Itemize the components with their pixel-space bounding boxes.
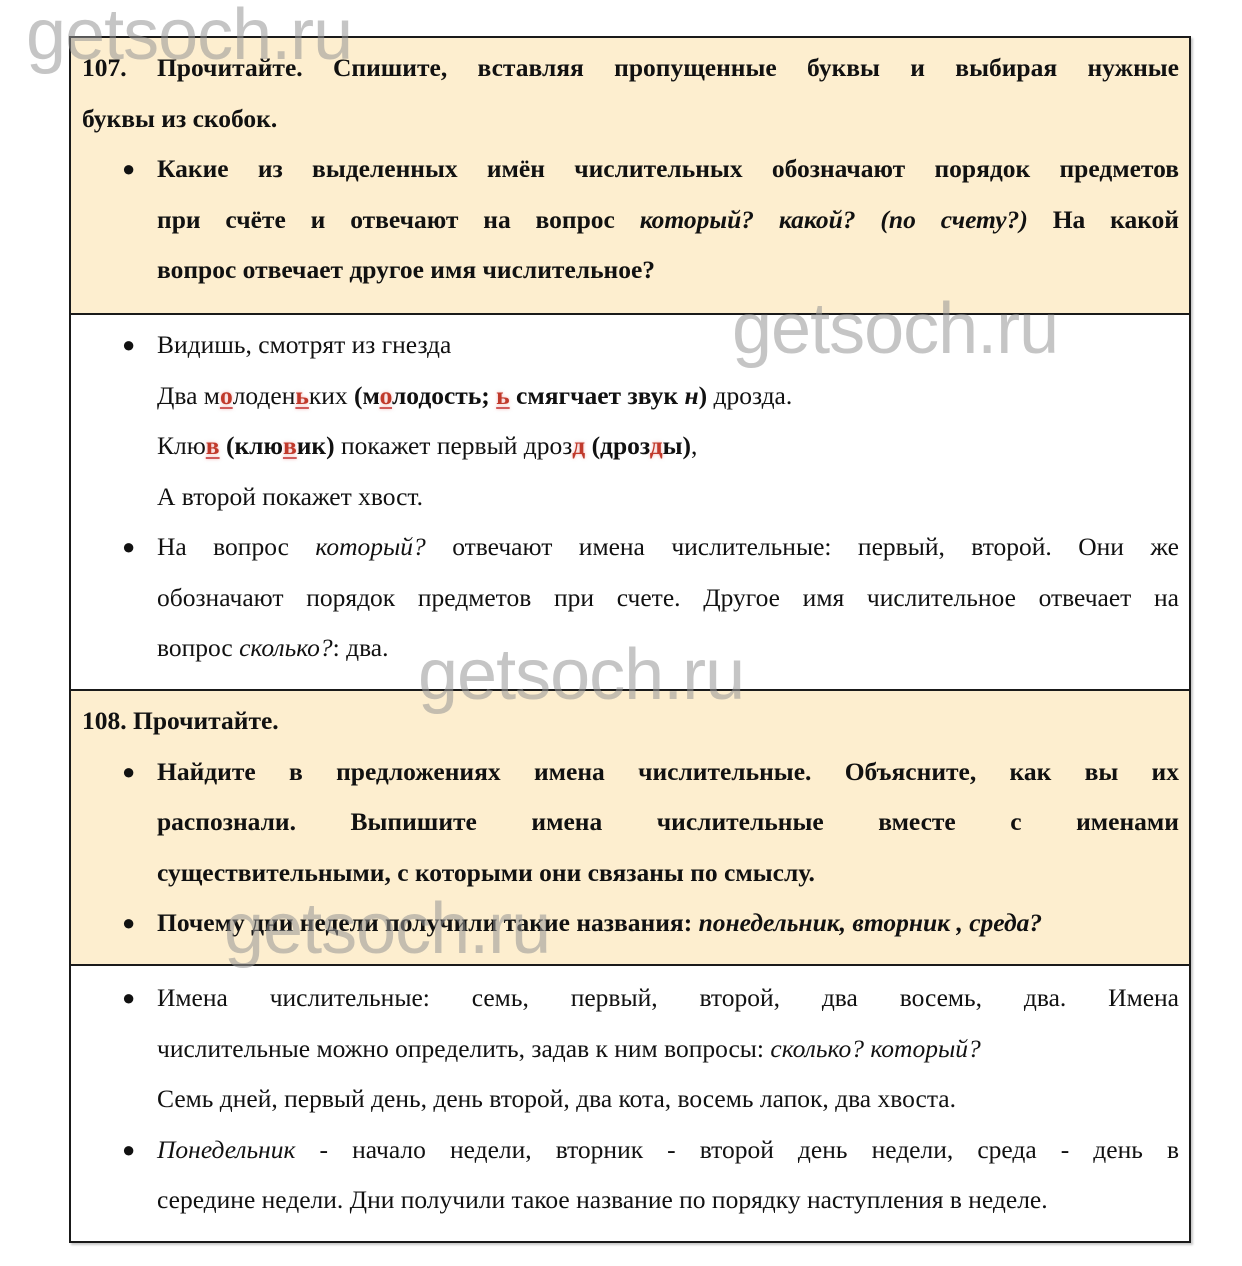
text-span: (дроз bbox=[592, 431, 650, 460]
highlight-letter: д bbox=[650, 431, 663, 460]
text-span: лодость; bbox=[392, 381, 496, 410]
answer-text: вопрос сколько?: два. bbox=[157, 623, 1179, 674]
answer-bullet: ● Видишь, смотрят из гнезда Два молодень… bbox=[82, 320, 1179, 522]
text-span: ких bbox=[309, 381, 354, 410]
highlight-letter: д bbox=[572, 431, 585, 460]
text-span: покажет первый дроз bbox=[335, 431, 573, 460]
text-span: , bbox=[691, 431, 697, 460]
question-italic: сколько? bbox=[239, 633, 333, 662]
poem-line: Два молоденьких (молодость; ь смягчает з… bbox=[157, 371, 1179, 422]
question-italic: который? bbox=[315, 532, 425, 561]
task-bullet-text: распознали. Выпишите имена числительные … bbox=[157, 797, 1179, 848]
task-bullet: ● Найдите в предложениях имена числитель… bbox=[82, 747, 1179, 899]
answer-text: Понедельник - начало недели, вторник - в… bbox=[157, 1125, 1179, 1176]
task-bullet-text: Почему дни недели получили такие названи… bbox=[157, 898, 1179, 949]
text-span: : два. bbox=[333, 633, 389, 662]
task-heading: 108. Прочитайте. bbox=[82, 696, 1179, 747]
text-span: смягчает звук bbox=[510, 381, 685, 410]
task-bullet-text: при счёте и отвечают на вопрос который? … bbox=[157, 195, 1179, 246]
exercise-108-answer: ● Имена числительные: семь, первый, втор… bbox=[71, 964, 1189, 1241]
exercise-table: 107. Прочитайте. Спишите, вставляя пропу… bbox=[69, 36, 1191, 1243]
exercise-107-task: 107. Прочитайте. Спишите, вставляя пропу… bbox=[71, 38, 1189, 313]
text-span: На какой bbox=[1028, 205, 1179, 234]
text-span: н bbox=[684, 381, 698, 410]
poem-line: Видишь, смотрят из гнезда bbox=[157, 320, 1179, 371]
text-span: ) bbox=[699, 381, 708, 410]
text-span: ы) bbox=[663, 431, 691, 460]
bullet-icon: ● bbox=[122, 144, 135, 195]
highlight-letter: в bbox=[206, 431, 220, 460]
answer-text: числительные можно определить, задав к н… bbox=[157, 1024, 1179, 1075]
answer-bullet: ● На вопрос который? отвечают имена числ… bbox=[82, 522, 1179, 674]
task-bullet-text: существительными, с которыми они связаны… bbox=[157, 848, 1179, 899]
bullet-icon: ● bbox=[122, 747, 135, 798]
text-span: отвечают имена числительные: первый, вто… bbox=[426, 532, 1179, 561]
question-italic: понедельник, вторник , среда? bbox=[699, 908, 1043, 937]
bullet-icon: ● bbox=[122, 320, 135, 371]
text-span: ик) bbox=[297, 431, 335, 460]
text-span: На вопрос bbox=[157, 532, 315, 561]
answer-bullet: ● Понедельник - начало недели, вторник -… bbox=[82, 1125, 1179, 1226]
task-bullet-text: Найдите в предложениях имена числительны… bbox=[157, 747, 1179, 798]
answer-bullet: ● Имена числительные: семь, первый, втор… bbox=[82, 973, 1179, 1125]
text-span: дрозда. bbox=[707, 381, 792, 410]
answer-text: Семь дней, первый день, день второй, два… bbox=[157, 1074, 1179, 1125]
highlight-letter: о bbox=[380, 381, 392, 410]
question-italic: который? какой? (по счету?) bbox=[640, 205, 1028, 234]
highlight-letter: в bbox=[283, 431, 297, 460]
task-bullet-text: вопрос отвечает другое имя числительное? bbox=[157, 245, 1179, 296]
text-span: Клю bbox=[157, 431, 206, 460]
bullet-icon: ● bbox=[122, 522, 135, 573]
text-span: вопрос bbox=[157, 633, 239, 662]
exercise-107-answer: ● Видишь, смотрят из гнезда Два молодень… bbox=[71, 313, 1189, 689]
text-span: Два м bbox=[157, 381, 220, 410]
bullet-icon: ● bbox=[122, 898, 135, 949]
question-italic: Понедельник bbox=[157, 1135, 295, 1164]
task-heading: 107. Прочитайте. Спишите, вставляя пропу… bbox=[82, 43, 1179, 94]
text-span: - начало недели, вторник - второй день н… bbox=[295, 1135, 1179, 1164]
text-span: числительные можно определить, задав к н… bbox=[157, 1034, 770, 1063]
highlight-letter: ь bbox=[496, 381, 510, 410]
task-bullet-text: Какие из выделенных имён числительных об… bbox=[157, 144, 1179, 195]
task-bullet: ● Какие из выделенных имён числительных … bbox=[82, 144, 1179, 296]
text-span: (клю bbox=[226, 431, 283, 460]
answer-text: середине недели. Дни получили такое назв… bbox=[157, 1175, 1179, 1226]
text-span: лоден bbox=[233, 381, 296, 410]
text-span: Почему дни недели получили такие названи… bbox=[157, 908, 699, 937]
bullet-icon: ● bbox=[122, 973, 135, 1024]
answer-text: На вопрос который? отвечают имена числит… bbox=[157, 522, 1179, 573]
bullet-icon: ● bbox=[122, 1125, 135, 1176]
answer-text: Имена числительные: семь, первый, второй… bbox=[157, 973, 1179, 1024]
text-span: при счёте и отвечают на вопрос bbox=[157, 205, 640, 234]
poem-line: А второй покажет хвост. bbox=[157, 472, 1179, 523]
poem-line: Клюв (клювик) покажет первый дрозд (дроз… bbox=[157, 421, 1179, 472]
task-heading-cont: буквы из скобок. bbox=[82, 94, 1179, 145]
answer-text: обозначают порядок предметов при счете. … bbox=[157, 573, 1179, 624]
task-bullet: ● Почему дни недели получили такие назва… bbox=[82, 898, 1179, 949]
exercise-108-task: 108. Прочитайте. ● Найдите в предложения… bbox=[71, 689, 1189, 964]
question-italic: сколько? который? bbox=[770, 1034, 980, 1063]
highlight-letter: о bbox=[220, 381, 233, 410]
text-span: (м bbox=[354, 381, 380, 410]
highlight-letter: ь bbox=[295, 381, 309, 410]
